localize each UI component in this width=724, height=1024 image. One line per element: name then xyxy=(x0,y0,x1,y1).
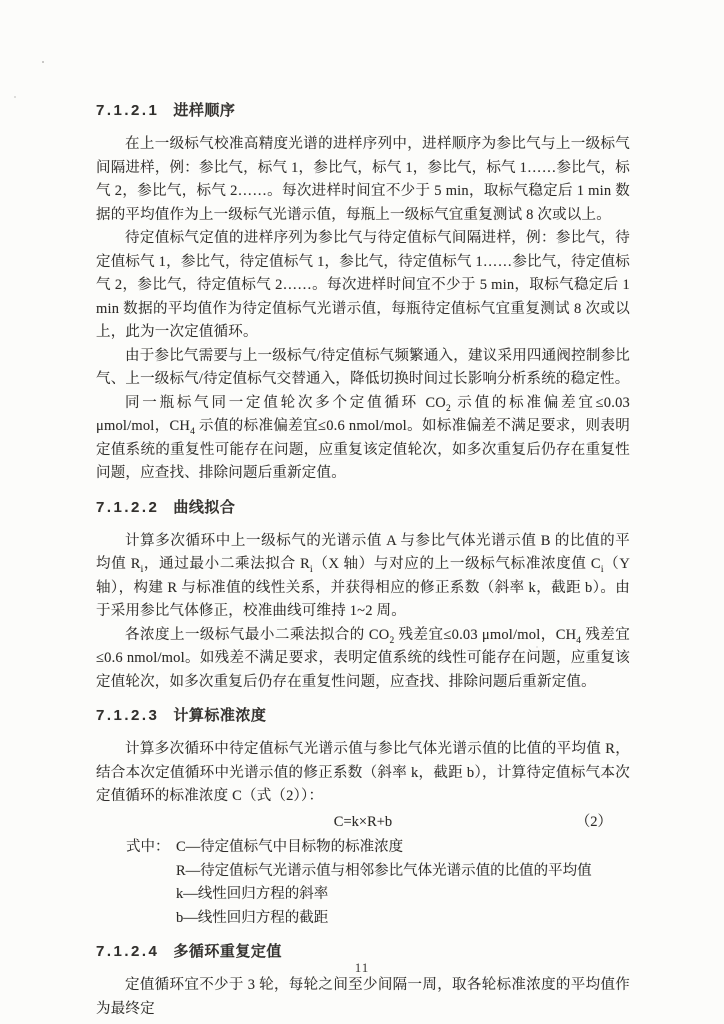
scan-speck xyxy=(536,646,538,648)
section-title: 多循环重复定值 xyxy=(173,943,282,960)
section-heading-7122: 7.1.2.2曲线拟合 xyxy=(96,496,630,517)
paragraph: 计算多次循环中待定值标气光谱示值与参比气体光谱示值的比值的平均值 R，结合本次定… xyxy=(96,738,630,809)
scan-speck xyxy=(14,96,16,98)
section-title: 进样顺序 xyxy=(173,102,235,119)
scan-speck xyxy=(42,61,44,63)
formula-term-definition: k—线性回归方程的斜率 xyxy=(176,883,630,907)
formula-term-definition: R—待定值标气光谱示值与相邻参比气体光谱示值的比值的平均值 xyxy=(176,860,630,884)
formula-terms-block: 式中： C—待定值标气中目标物的标准浓度 R—待定值标气光谱示值与相邻参比气体光… xyxy=(126,836,630,930)
paragraph: 计算多次循环中上一级标气的光谱示值 A 与参比气体光谱示值 B 的比值的平均值 … xyxy=(96,530,630,624)
section-number: 7.1.2.1 xyxy=(96,102,159,119)
section-heading-7121: 7.1.2.1进样顺序 xyxy=(96,99,630,120)
paragraph: 待定值标气定值的进样序列为参比气与待定值标气间隔进样，例：参比气，待定值标气 1… xyxy=(96,227,630,345)
section-number: 7.1.2.2 xyxy=(96,499,159,516)
formula-expression: C=k×R+b xyxy=(334,814,392,830)
formula-number: （2） xyxy=(576,811,612,835)
section-heading-7124: 7.1.2.4多循环重复定值 xyxy=(96,940,630,961)
formula-term-definition: b—线性回归方程的截距 xyxy=(176,907,630,931)
paragraph: 同一瓶标气同一定值轮次多个定值循环 CO2 示值的标准偏差宜≤0.03 μmol… xyxy=(96,392,630,486)
document-page: 7.1.2.1进样顺序 在上一级标气校准高精度光谱的进样序列中，进样顺序为参比气… xyxy=(0,0,724,1024)
formula-term-definition: C—待定值标气中目标物的标准浓度 xyxy=(176,836,630,860)
paragraph: 由于参比气需要与上一级标气/待定值标气频繁通入，建议采用四通阀控制参比气、上一级… xyxy=(96,345,630,392)
where-label: 式中： xyxy=(126,836,176,930)
section-title: 曲线拟合 xyxy=(173,499,235,516)
section-heading-7123: 7.1.2.3计算标准浓度 xyxy=(96,704,630,725)
section-title: 计算标准浓度 xyxy=(173,707,266,724)
equation-2: C=k×R+b （2） xyxy=(96,811,630,835)
paragraph: 定值循环宜不少于 3 轮，每轮之间至少间隔一周，取各轮标准浓度的平均值作为最终定 xyxy=(96,974,630,1021)
paragraph: 各浓度上一级标气最小二乘法拟合的 CO2 残差宜≤0.03 μmol/mol，C… xyxy=(96,624,630,695)
paragraph: 在上一级标气校准高精度光谱的进样序列中，进样顺序为参比气与上一级标气间隔进样，例… xyxy=(96,133,630,227)
section-number: 7.1.2.3 xyxy=(96,707,159,724)
page-number: 11 xyxy=(0,960,724,976)
section-number: 7.1.2.4 xyxy=(96,943,159,960)
